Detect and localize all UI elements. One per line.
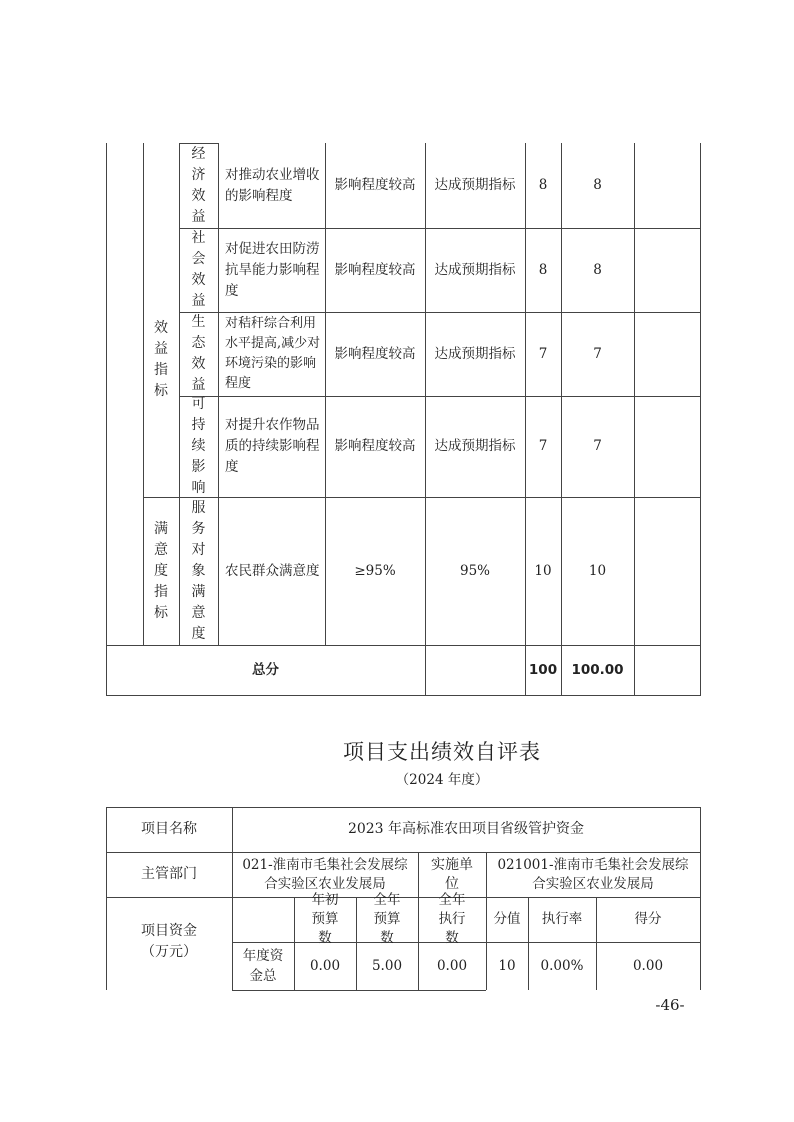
full-budget-value: 5.00 — [372, 956, 402, 977]
dept-label: 主管部门 — [141, 864, 197, 885]
indicator-text: 对秸秆综合利用水平提高,减少对环境污染的影响程度 — [225, 314, 321, 394]
category-effect-indicators: 效益指标 — [143, 143, 179, 497]
sub-indicator: 经济效益 — [191, 144, 207, 228]
header-full-budget: 全年预算数 — [368, 891, 406, 948]
actual-value: 达成预期指标 — [435, 175, 516, 196]
score-value: 7 — [593, 436, 602, 457]
section-title: 项目支出绩效自评表 — [0, 736, 794, 766]
target-value: 影响程度较高 — [335, 175, 416, 196]
page-number: -46- — [640, 996, 700, 1014]
actual-value: 达成预期指标 — [435, 260, 516, 281]
header-score: 得分 — [635, 909, 662, 930]
header-rate: 执行率 — [542, 909, 583, 930]
table-border — [700, 143, 701, 696]
header-weight: 分值 — [494, 909, 521, 930]
target-value: 影响程度较高 — [335, 344, 416, 365]
weight-value: 10 — [534, 561, 551, 582]
score-value: 0.00 — [633, 956, 663, 977]
score-value: 7 — [593, 344, 602, 365]
total-weight: 100 — [529, 660, 557, 681]
target-value: 影响程度较高 — [335, 436, 416, 457]
funds-label: 项目资金 — [141, 921, 197, 942]
header-executed: 全年执行数 — [432, 891, 472, 948]
annual-funds-label: 年度资金总 — [240, 946, 286, 986]
target-value: ≥95% — [354, 561, 395, 582]
project-name-label: 项目名称 — [141, 819, 197, 840]
weight-value: 8 — [539, 175, 548, 196]
total-label: 总分 — [252, 660, 279, 681]
weight-value: 10 — [498, 956, 515, 977]
table-border — [106, 695, 700, 696]
table-border — [106, 143, 107, 696]
actual-value: 95% — [460, 561, 490, 582]
funds-unit: （万元） — [141, 942, 197, 963]
category-label: 满意度指标 — [153, 519, 169, 624]
impl-value: 021001-淮南市毛集社会发展综合实验区农业发展局 — [492, 856, 694, 894]
executed-value: 0.00 — [437, 956, 467, 977]
dept-value: 021-淮南市毛集社会发展综合实验区农业发展局 — [236, 856, 414, 894]
category-satisfaction-indicators: 满意度指标 — [143, 497, 179, 645]
sub-indicator: 生态效益 — [191, 312, 207, 396]
indicator-text: 对推动农业增收的影响程度 — [225, 165, 321, 207]
score-value: 8 — [593, 260, 602, 281]
indicator-text: 对促进农田防涝抗旱能力影响程度 — [225, 239, 321, 302]
table-border — [232, 990, 486, 991]
impl-label: 实施单位 — [426, 856, 478, 894]
header-initial-budget: 年初预算数 — [306, 891, 344, 948]
project-name-value: 2023 年高标准农田项目省级管护资金 — [348, 819, 584, 840]
weight-value: 7 — [539, 344, 548, 365]
actual-value: 达成预期指标 — [435, 344, 516, 365]
total-score: 100.00 — [571, 660, 623, 681]
sub-indicator: 可持续影响 — [191, 394, 207, 499]
section-subtitle: （2024 年度） — [0, 768, 794, 788]
indicator-text: 对提升农作物品质的持续影响程度 — [225, 415, 321, 478]
score-value: 8 — [593, 175, 602, 196]
target-value: 影响程度较高 — [335, 260, 416, 281]
weight-value: 8 — [539, 260, 548, 281]
indicator-text: 农民群众满意度 — [225, 561, 320, 582]
rate-value: 0.00% — [541, 956, 584, 977]
category-label: 效益指标 — [153, 318, 169, 402]
actual-value: 达成预期指标 — [435, 436, 516, 457]
table-border — [700, 807, 701, 990]
sub-indicator: 服务对象满意度 — [191, 498, 207, 645]
sub-indicator: 社会效益 — [191, 228, 207, 312]
weight-value: 7 — [539, 436, 548, 457]
score-value: 10 — [589, 561, 606, 582]
initial-budget-value: 0.00 — [310, 956, 340, 977]
